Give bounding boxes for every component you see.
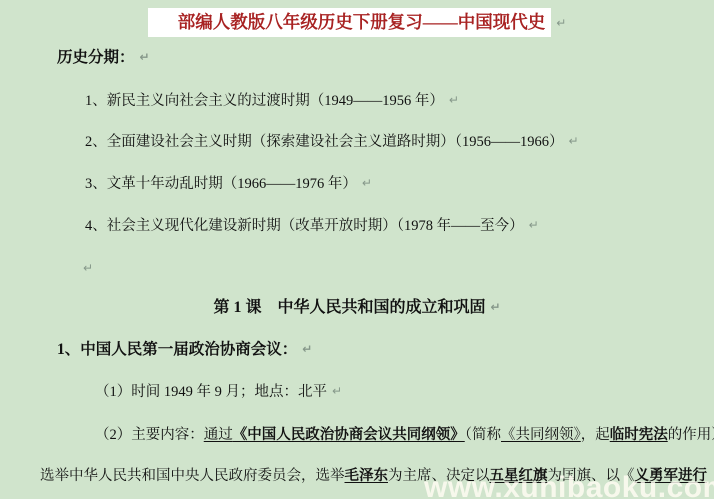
paragraph-mark-icon: ↵ [83, 261, 93, 275]
text-run: 选举中华人民共和国中央人民政府委员会，选举 [40, 468, 345, 484]
point1-time-place-row: （1）时间 1949 年 9 月；地点：北平↵ [95, 383, 342, 402]
point1-time-place: （1）时间 1949 年 9 月；地点：北平 [95, 384, 327, 400]
paragraph-mark-icon: ↵ [140, 50, 150, 64]
point1-heading-row: 1、中国人民第一届政治协商会议：↵ [57, 340, 312, 360]
lesson1-heading: 第 1 课 中华人民共和国的成立和巩固 [213, 299, 485, 316]
text-run: （2）主要内容： [95, 427, 204, 443]
period-item-2: 2、全面建设社会主义时期（探索建设社会主义道路时期）（1956——1966）↵ [85, 133, 579, 152]
document-title: 部编人教版八年级历史下册复习——中国现代史 [148, 8, 552, 37]
period-item-text: 1、新民主义向社会主义的过渡时期（1949——1956 年） [85, 93, 444, 109]
paragraph-mark-icon: ↵ [302, 342, 312, 356]
period-item-text: 2、全面建设社会主义时期（探索建设社会主义道路时期）（1956——1966） [85, 134, 564, 150]
point1-content-line1: （2）主要内容：通过《中国人民政治协商会议共同纲领》（简称《共同纲领》，起临时宪… [95, 426, 714, 445]
period-item-1: 1、新民主义向社会主义的过渡时期（1949——1956 年）↵ [85, 92, 459, 111]
period-item-text: 4、社会主义现代化建设新时期（改革开放时期）（1978 年——至今） [85, 218, 524, 234]
watermark: www.xunibaoku.com [424, 471, 714, 499]
text-run-bold-underline: 《中国人民政治协商会议共同纲领》 [233, 427, 465, 443]
text-run-bold-underline: 临时宪法 [610, 427, 668, 443]
paragraph-mark-icon: ↵ [529, 218, 539, 232]
text-run: （简称 [465, 427, 501, 443]
paragraph-mark-icon: ↵ [556, 16, 566, 30]
paragraph-mark-icon: ↵ [569, 134, 579, 148]
lesson1-heading-row: 第 1 课 中华人民共和国的成立和巩固↵ [0, 298, 714, 319]
period-item-3: 3、文革十年动乱时期（1966——1976 年）↵ [85, 175, 372, 194]
periods-heading-row: 历史分期：↵ [57, 48, 150, 68]
text-run-bold-underline: 毛泽东 [345, 468, 389, 484]
point1-heading: 1、中国人民第一届政治协商会议： [57, 341, 297, 358]
empty-paragraph: ↵ [83, 260, 93, 279]
periods-heading: 历史分期： [57, 49, 135, 66]
paragraph-mark-icon: ↵ [449, 93, 459, 107]
period-item-text: 3、文革十年动乱时期（1966——1976 年） [85, 176, 357, 192]
text-run: 的作用）、 [668, 427, 714, 443]
paragraph-mark-icon: ↵ [332, 384, 342, 398]
text-run-underline: 《共同纲领》 [501, 427, 581, 443]
text-run-underline: 通过 [204, 427, 233, 443]
document-page: 部编人教版八年级历史下册复习——中国现代史↵ 历史分期：↵ 1、新民主义向社会主… [0, 0, 714, 499]
period-item-4: 4、社会主义现代化建设新时期（改革开放时期）（1978 年——至今）↵ [85, 217, 539, 236]
paragraph-mark-icon: ↵ [490, 300, 500, 314]
document-title-row: 部编人教版八年级历史下册复习——中国现代史↵ [0, 8, 714, 37]
paragraph-mark-icon: ↵ [362, 176, 372, 190]
text-run: ，起 [581, 427, 610, 443]
